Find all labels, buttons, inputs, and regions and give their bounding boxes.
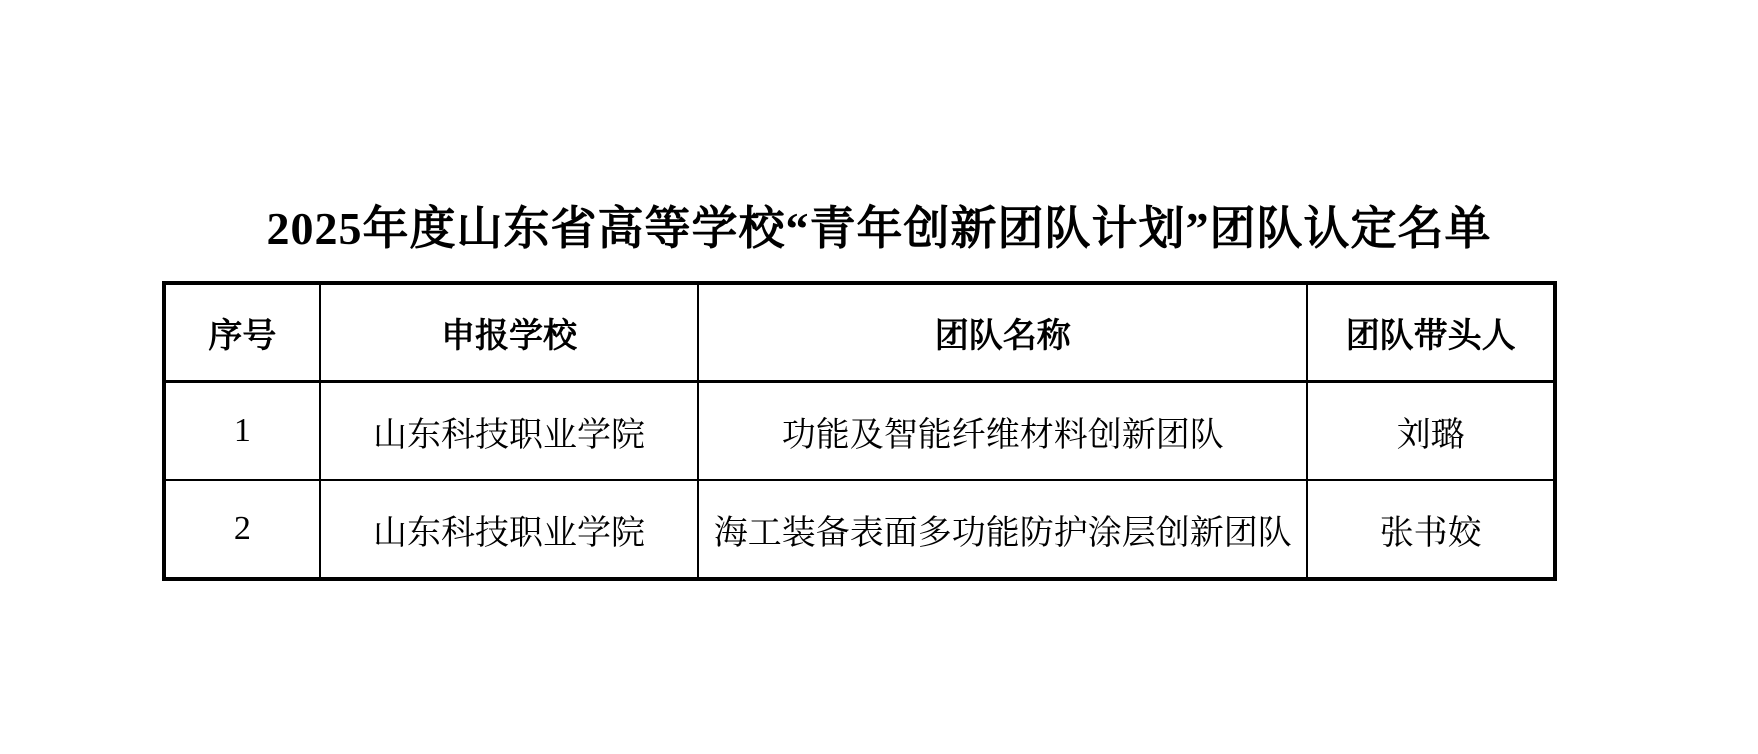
cell-team-name: 海工装备表面多功能防护涂层创新团队	[698, 480, 1307, 579]
column-header-school: 申报学校	[320, 283, 698, 382]
column-header-team-name: 团队名称	[698, 283, 1307, 382]
table-row: 2 山东科技职业学院 海工装备表面多功能防护涂层创新团队 张书姣	[164, 480, 1555, 579]
cell-team-name: 功能及智能纤维材料创新团队	[698, 382, 1307, 481]
cell-school: 山东科技职业学院	[320, 480, 698, 579]
team-roster-table: 序号 申报学校 团队名称 团队带头人 1 山东科技职业学院 功能及智能纤维材料创…	[162, 281, 1557, 581]
cell-team-leader: 张书姣	[1307, 480, 1555, 579]
cell-serial: 1	[164, 382, 320, 481]
table-header-row: 序号 申报学校 团队名称 团队带头人	[164, 283, 1555, 382]
cell-team-leader: 刘璐	[1307, 382, 1555, 481]
table-row: 1 山东科技职业学院 功能及智能纤维材料创新团队 刘璐	[164, 382, 1555, 481]
cell-serial: 2	[164, 480, 320, 579]
page-title: 2025年度山东省高等学校“青年创新团队计划”团队认定名单	[0, 192, 1758, 258]
column-header-team-leader: 团队带头人	[1307, 283, 1555, 382]
column-header-serial: 序号	[164, 283, 320, 382]
document-page: 2025年度山东省高等学校“青年创新团队计划”团队认定名单 序号 申报学校 团队…	[0, 0, 1758, 754]
cell-school: 山东科技职业学院	[320, 382, 698, 481]
